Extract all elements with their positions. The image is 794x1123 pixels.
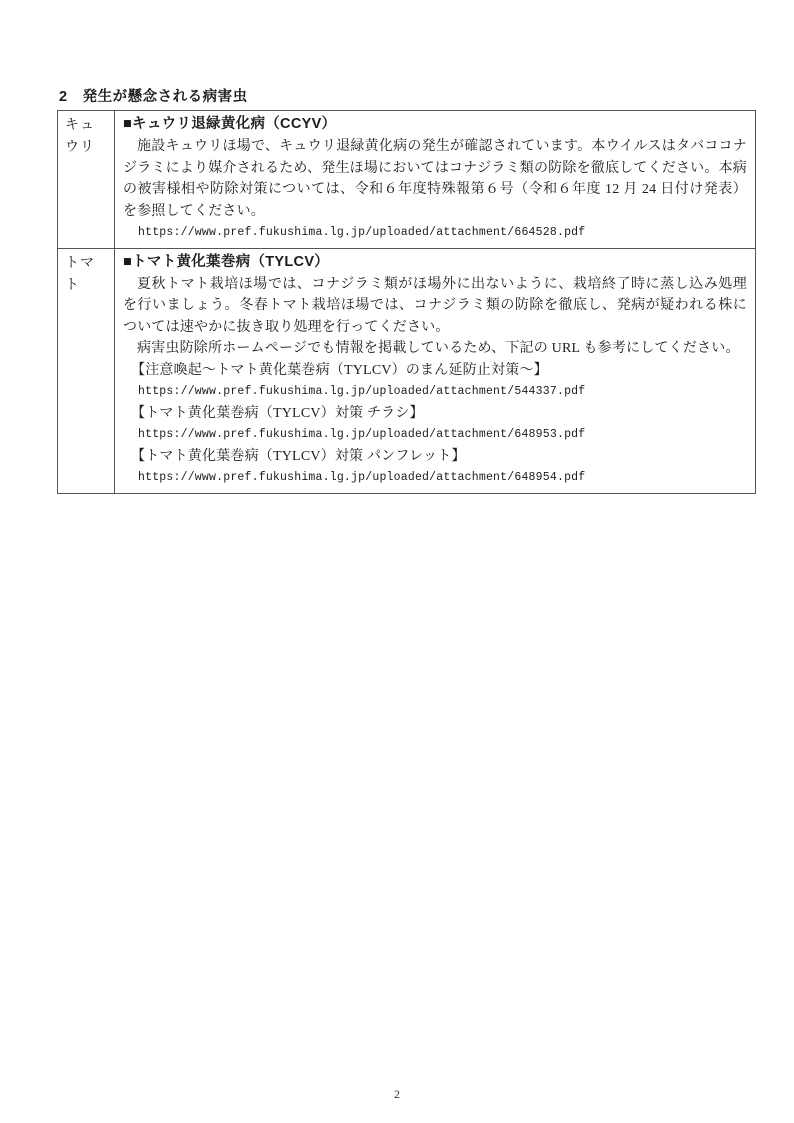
table-row-cucumber: キュウリ ■キュウリ退緑黄化病（CCYV） 施設キュウリほ場で、キュウリ退緑黄化…	[58, 111, 755, 249]
disease-description-tylcv-1: 夏秋トマト栽培ほ場では、コナジラミ類がほ場外に出ないように、栽培終了時に蒸し込み…	[123, 274, 747, 339]
section-title: 2 発生が懸念される病害虫	[59, 85, 248, 106]
link-label-mandelboushi: 【注意喚起～トマト黄化葉巻病（TYLCV）のまん延防止対策～】	[123, 360, 747, 382]
pest-table: キュウリ ■キュウリ退緑黄化病（CCYV） 施設キュウリほ場で、キュウリ退緑黄化…	[57, 110, 756, 494]
table-row-tomato: トマト ■トマト黄化葉巻病（TYLCV） 夏秋トマト栽培ほ場では、コナジラミ類が…	[58, 249, 755, 493]
link-label-chirashi: 【トマト黄化葉巻病（TYLCV）対策 チラシ】	[123, 403, 747, 425]
disease-description-tylcv-2: 病害虫防除所ホームページでも情報を掲載しているため、下記の URL も参考にして…	[123, 338, 747, 360]
url-text-ccyv: https://www.pref.fukushima.lg.jp/uploade…	[123, 222, 747, 244]
disease-heading-ccyv: ■キュウリ退緑黄化病（CCYV）	[123, 113, 747, 136]
crop-label-tomato: トマト	[58, 249, 115, 493]
document-page: 2 発生が懸念される病害虫 キュウリ ■キュウリ退緑黄化病（CCYV） 施設キュ…	[0, 0, 794, 1123]
url-text-mandelboushi: https://www.pref.fukushima.lg.jp/uploade…	[123, 381, 747, 403]
url-text-chirashi: https://www.pref.fukushima.lg.jp/uploade…	[123, 424, 747, 446]
disease-heading-tylcv: ■トマト黄化葉巻病（TYLCV）	[123, 251, 747, 274]
link-label-pamphlet: 【トマト黄化葉巻病（TYLCV）対策 パンフレット】	[123, 446, 747, 468]
url-text-pamphlet: https://www.pref.fukushima.lg.jp/uploade…	[123, 467, 747, 489]
crop-label-cucumber: キュウリ	[58, 111, 115, 248]
page-number: 2	[0, 1087, 794, 1102]
row-content-tomato: ■トマト黄化葉巻病（TYLCV） 夏秋トマト栽培ほ場では、コナジラミ類がほ場外に…	[115, 249, 755, 493]
disease-description-ccyv: 施設キュウリほ場で、キュウリ退緑黄化病の発生が確認されています。本ウイルスはタバ…	[123, 136, 747, 222]
row-content-cucumber: ■キュウリ退緑黄化病（CCYV） 施設キュウリほ場で、キュウリ退緑黄化病の発生が…	[115, 111, 755, 248]
